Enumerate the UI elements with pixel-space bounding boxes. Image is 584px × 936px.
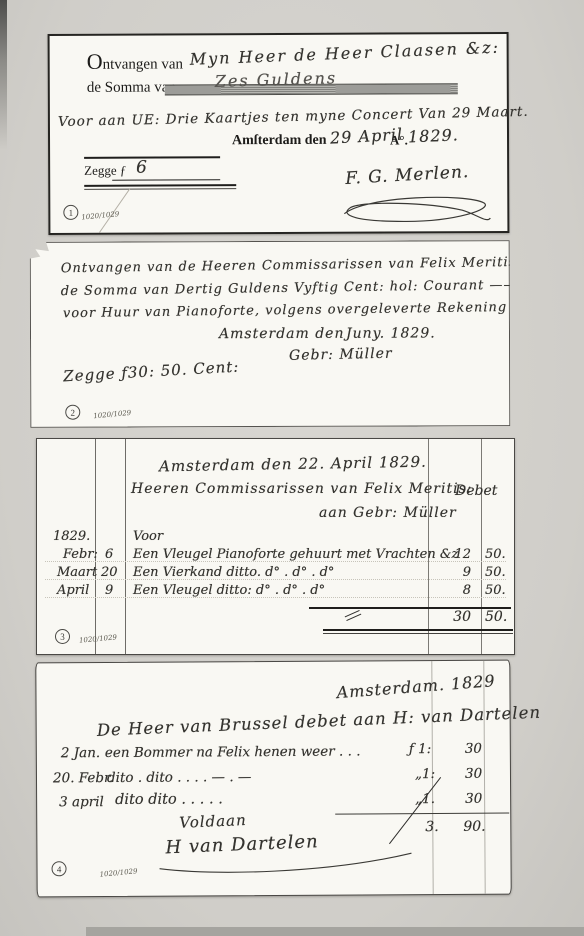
receipt4-header: De Heer van Brussel debet aan H: van Dar… — [96, 703, 541, 740]
receipt3-creditor: aan Gebr: Müller — [319, 505, 457, 521]
debet-label: Debet — [455, 483, 497, 499]
table-row: 2 Jan. een Bommer na Felix henen weer . … — [36, 661, 509, 664]
signature-flourish — [155, 847, 417, 877]
total-cents: 90. — [463, 819, 485, 835]
row-description: dito . dito . . . . — . — — [107, 769, 252, 786]
row-date: 2 Jan. — [61, 745, 100, 761]
total-florin: 3. — [425, 819, 438, 835]
zegge-label: Zegge ƒ — [84, 163, 126, 179]
row-guilders: 9 — [431, 565, 471, 580]
row-month: Febr: — [63, 547, 98, 562]
handwritten-year: 1829. — [408, 125, 460, 146]
row-cents: 50. — [485, 547, 506, 562]
receipt-number-badge: 2 — [65, 405, 80, 420]
somma-label: de Somma van — [87, 79, 176, 96]
row-florin: „1: — [415, 766, 435, 782]
scanned-page: Ontvangen van Myn Heer de Heer Claasen &… — [0, 0, 584, 936]
total-bottom-rule-2 — [323, 633, 513, 634]
subtotal-rule — [335, 813, 509, 815]
row-day: 20 — [101, 565, 118, 580]
row-description: Een Vierkand ditto. d° . d° . d° — [133, 565, 334, 580]
place-date-label: Amſterdam den — [232, 133, 327, 149]
receipt3-title: Amsterdam den 22. April 1829. — [159, 453, 427, 476]
row-description: Een Vleugel Pianoforte gehuurt met Vrach… — [133, 547, 458, 562]
row-cents: 30 — [465, 791, 482, 807]
payer-name: Myn Heer de Heer Claasen &z: — [189, 38, 500, 69]
voldaan-note: Voldaan — [179, 811, 247, 832]
receipt2-place-date: Amsterdam den — [219, 326, 345, 342]
total-cents: 50. — [485, 609, 507, 625]
total-tick-mark — [345, 610, 362, 621]
row-guilders: 12 — [431, 547, 471, 562]
scan-bottom-band — [86, 927, 584, 936]
row-date: 20. Febr. — [53, 770, 113, 786]
row-date: 3 april — [59, 794, 104, 810]
row-description: een Bommer na Felix henen weer . . . — [105, 743, 361, 761]
catalog-note: 1020/1029 — [99, 867, 138, 879]
receipt2-line1: Ontvangen van de Heeren Commissarissen v… — [61, 254, 550, 276]
column-line — [125, 439, 126, 654]
row-cents: 50. — [485, 565, 506, 580]
receipt3-debtor: Heeren Commissarissen van Felix Meritis: — [131, 481, 472, 497]
zegge-bottom-rule-2 — [84, 188, 236, 190]
signature-flourish — [336, 191, 494, 230]
row-day: 6 — [105, 547, 113, 562]
column-line — [481, 439, 482, 654]
receipt-1: Ontvangen van Myn Heer de Heer Claasen &… — [48, 32, 510, 235]
row-cents: 30 — [465, 741, 482, 757]
ontvangen-label: Ontvangen van — [87, 48, 183, 74]
receipt2-month-year: Juny. 1829. — [346, 325, 436, 341]
zegge-top-rule — [84, 156, 220, 159]
receipt2-line2: de Somma van Dertig Guldens Vyftig Cent:… — [61, 278, 518, 299]
table-row: 20. Febr. dito . dito . . . . — . — „1: … — [36, 661, 509, 664]
catalog-note: 1020/1029 — [79, 633, 118, 644]
amount-words: Zes Guldens — [215, 68, 338, 91]
row-florin: ƒ 1: — [409, 741, 432, 757]
receipt-number-badge: 4 — [52, 861, 67, 876]
total-top-rule — [309, 607, 511, 609]
receipt3-year: 1829. — [53, 529, 90, 544]
catalog-note: 1020/1029 — [93, 409, 132, 420]
row-cents: 30 — [465, 766, 482, 782]
catalog-note: 1020/1029 — [81, 210, 120, 221]
column-line — [483, 661, 485, 894]
zegge-bottom-rule — [84, 184, 236, 187]
receipt-4: Amsterdam. 1829 De Heer van Brussel debe… — [35, 660, 511, 898]
row-day: 9 — [105, 583, 113, 598]
total-guilders: 30 — [431, 609, 471, 625]
row-description: Een Vleugel ditto: d° . d° . d° — [133, 583, 325, 598]
receipt4-place-year: Amsterdam. 1829 — [336, 671, 496, 702]
signature-merlen: F. G. Merlen. — [345, 162, 470, 189]
voor-label: Voor — [133, 529, 163, 544]
anno-label: A°. — [390, 132, 408, 148]
row-month: April — [57, 583, 89, 598]
zegge-value: 6 — [136, 158, 147, 178]
zegge-value-baseline — [112, 179, 220, 180]
scan-edge-shadow — [0, 0, 7, 150]
receipt-3: Amsterdam den 22. April 1829. Heeren Com… — [36, 438, 515, 655]
row-description: dito dito . . . . . — [115, 791, 223, 808]
signature-mueller: Gebr: Müller — [289, 346, 393, 364]
total-bottom-rule — [323, 629, 513, 631]
receipt-2: Ontvangen van de Heeren Commissarissen v… — [30, 240, 511, 428]
receipt2-line3: voor Huur van Pianoforte, volgens overge… — [63, 300, 541, 322]
row-guilders: 8 — [431, 583, 471, 598]
receipt-number-badge: 1 — [63, 205, 78, 220]
table-row: 3 april dito dito . . . . . „1. 30 — [36, 661, 509, 664]
receipt-number-badge: 3 — [55, 629, 70, 644]
receipt2-zegge: Zegge ƒ30: 50. Cent: — [63, 358, 240, 386]
row-cents: 50. — [485, 583, 506, 598]
row-month: Maart — [57, 565, 97, 580]
